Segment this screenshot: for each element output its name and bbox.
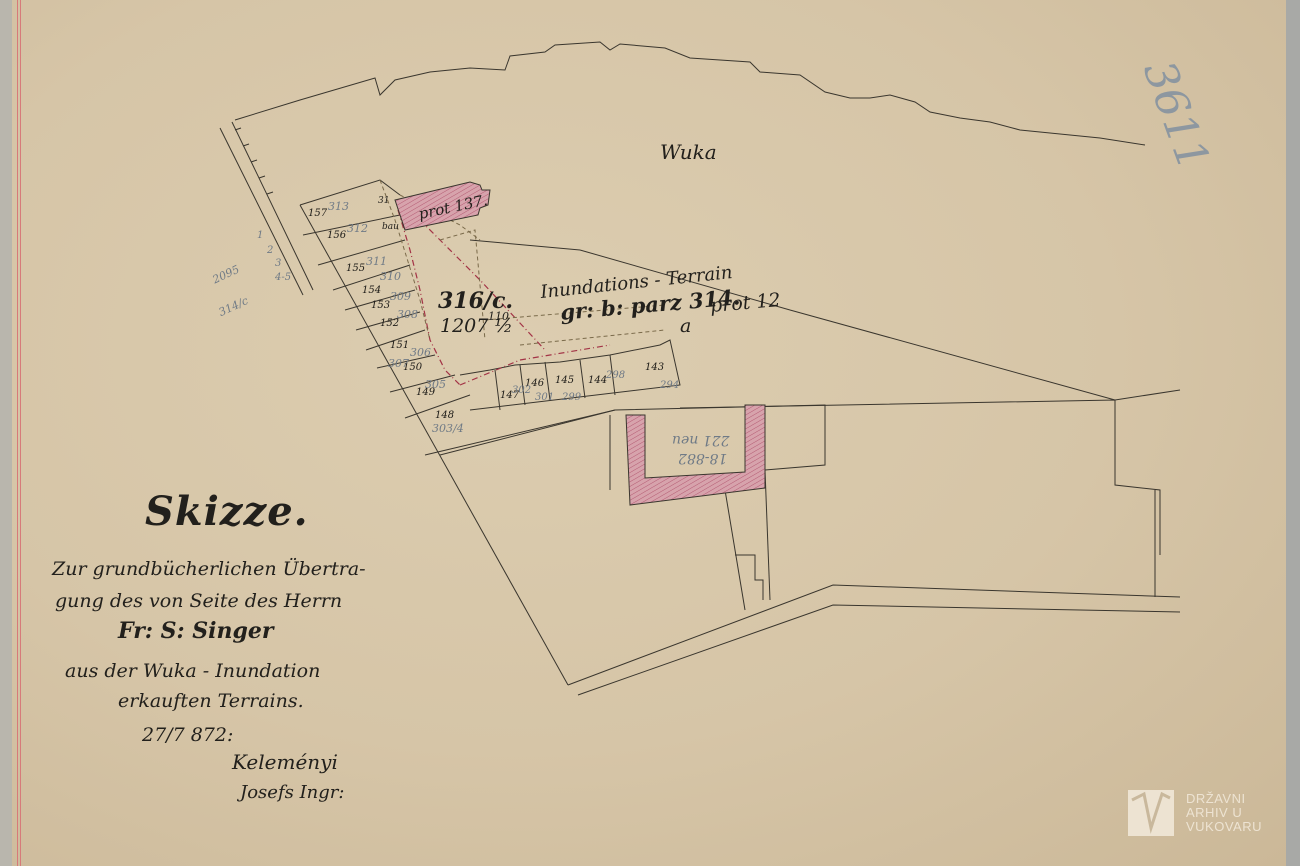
document-date: 27/7 872:: [142, 724, 233, 746]
caption-line: erkauften Terrains.: [118, 690, 304, 712]
side-pencil-number: 4-5: [275, 272, 291, 283]
side-pencil-number: 2: [267, 245, 273, 256]
pencil-note: 294: [660, 380, 679, 391]
signature-name: Keleményi: [232, 750, 338, 774]
plot-label: 151: [390, 340, 409, 351]
pencil-note: 307: [388, 357, 409, 370]
pencil-note: 312: [347, 222, 368, 235]
pencil-note: 310: [380, 270, 401, 283]
building-small-label: bau: [382, 222, 399, 232]
pencil-note: 298: [606, 370, 625, 381]
pencil-note: 313: [328, 200, 349, 213]
archive-watermark: DRŽAVNI ARHIV U VUKOVARU: [1128, 790, 1262, 836]
caption-line: aus der Wuka - Inundation: [65, 660, 320, 682]
archive-logo-icon: [1128, 790, 1174, 836]
plot-label: 148: [435, 410, 454, 421]
building-small-label: 31: [378, 196, 389, 206]
pencil-note: 302: [512, 385, 531, 396]
pencil-note: 308: [397, 308, 418, 321]
watermark-line: DRŽAVNI: [1186, 792, 1262, 806]
watermark-line: VUKOVARU: [1186, 820, 1262, 834]
main-parcel-note: 110: [488, 310, 509, 323]
pencil-note: 299: [562, 392, 581, 403]
document-title: Skizze.: [145, 488, 309, 535]
plot-label: 154: [362, 285, 381, 296]
caption-line: Zur grundbücherlichen Übertra-: [52, 558, 366, 580]
caption-owner: Fr: S: Singer: [118, 618, 273, 644]
plot-label: 156: [327, 230, 346, 241]
plot-label: 155: [346, 263, 365, 274]
pencil-note: 306: [410, 346, 431, 359]
plot-label: 153: [371, 300, 390, 311]
plot-label: 143: [645, 362, 664, 373]
pencil-note: 309: [390, 290, 411, 303]
caption-line: gung des von Seite des Herrn: [55, 590, 342, 612]
plot-label: 145: [555, 375, 574, 386]
courtyard-pencil-note: 221 neu: [672, 432, 730, 448]
signature-title: Josefs Ingr:: [240, 782, 344, 803]
pencil-note: 305: [425, 378, 446, 391]
inundation-parcel-sub: a: [680, 315, 691, 337]
pencil-note: 301: [535, 392, 554, 403]
courtyard-pencil-note: 18-882: [678, 450, 727, 466]
side-pencil-number: 1: [257, 230, 263, 241]
watermark-line: ARHIV U: [1186, 806, 1262, 820]
plot-label: 157: [308, 208, 327, 219]
river-label: Wuka: [660, 140, 717, 164]
plot-label: 144: [588, 375, 607, 386]
pencil-note: 311: [366, 255, 387, 268]
side-pencil-number: 3: [275, 258, 281, 269]
pencil-note: 303/4: [432, 422, 464, 435]
